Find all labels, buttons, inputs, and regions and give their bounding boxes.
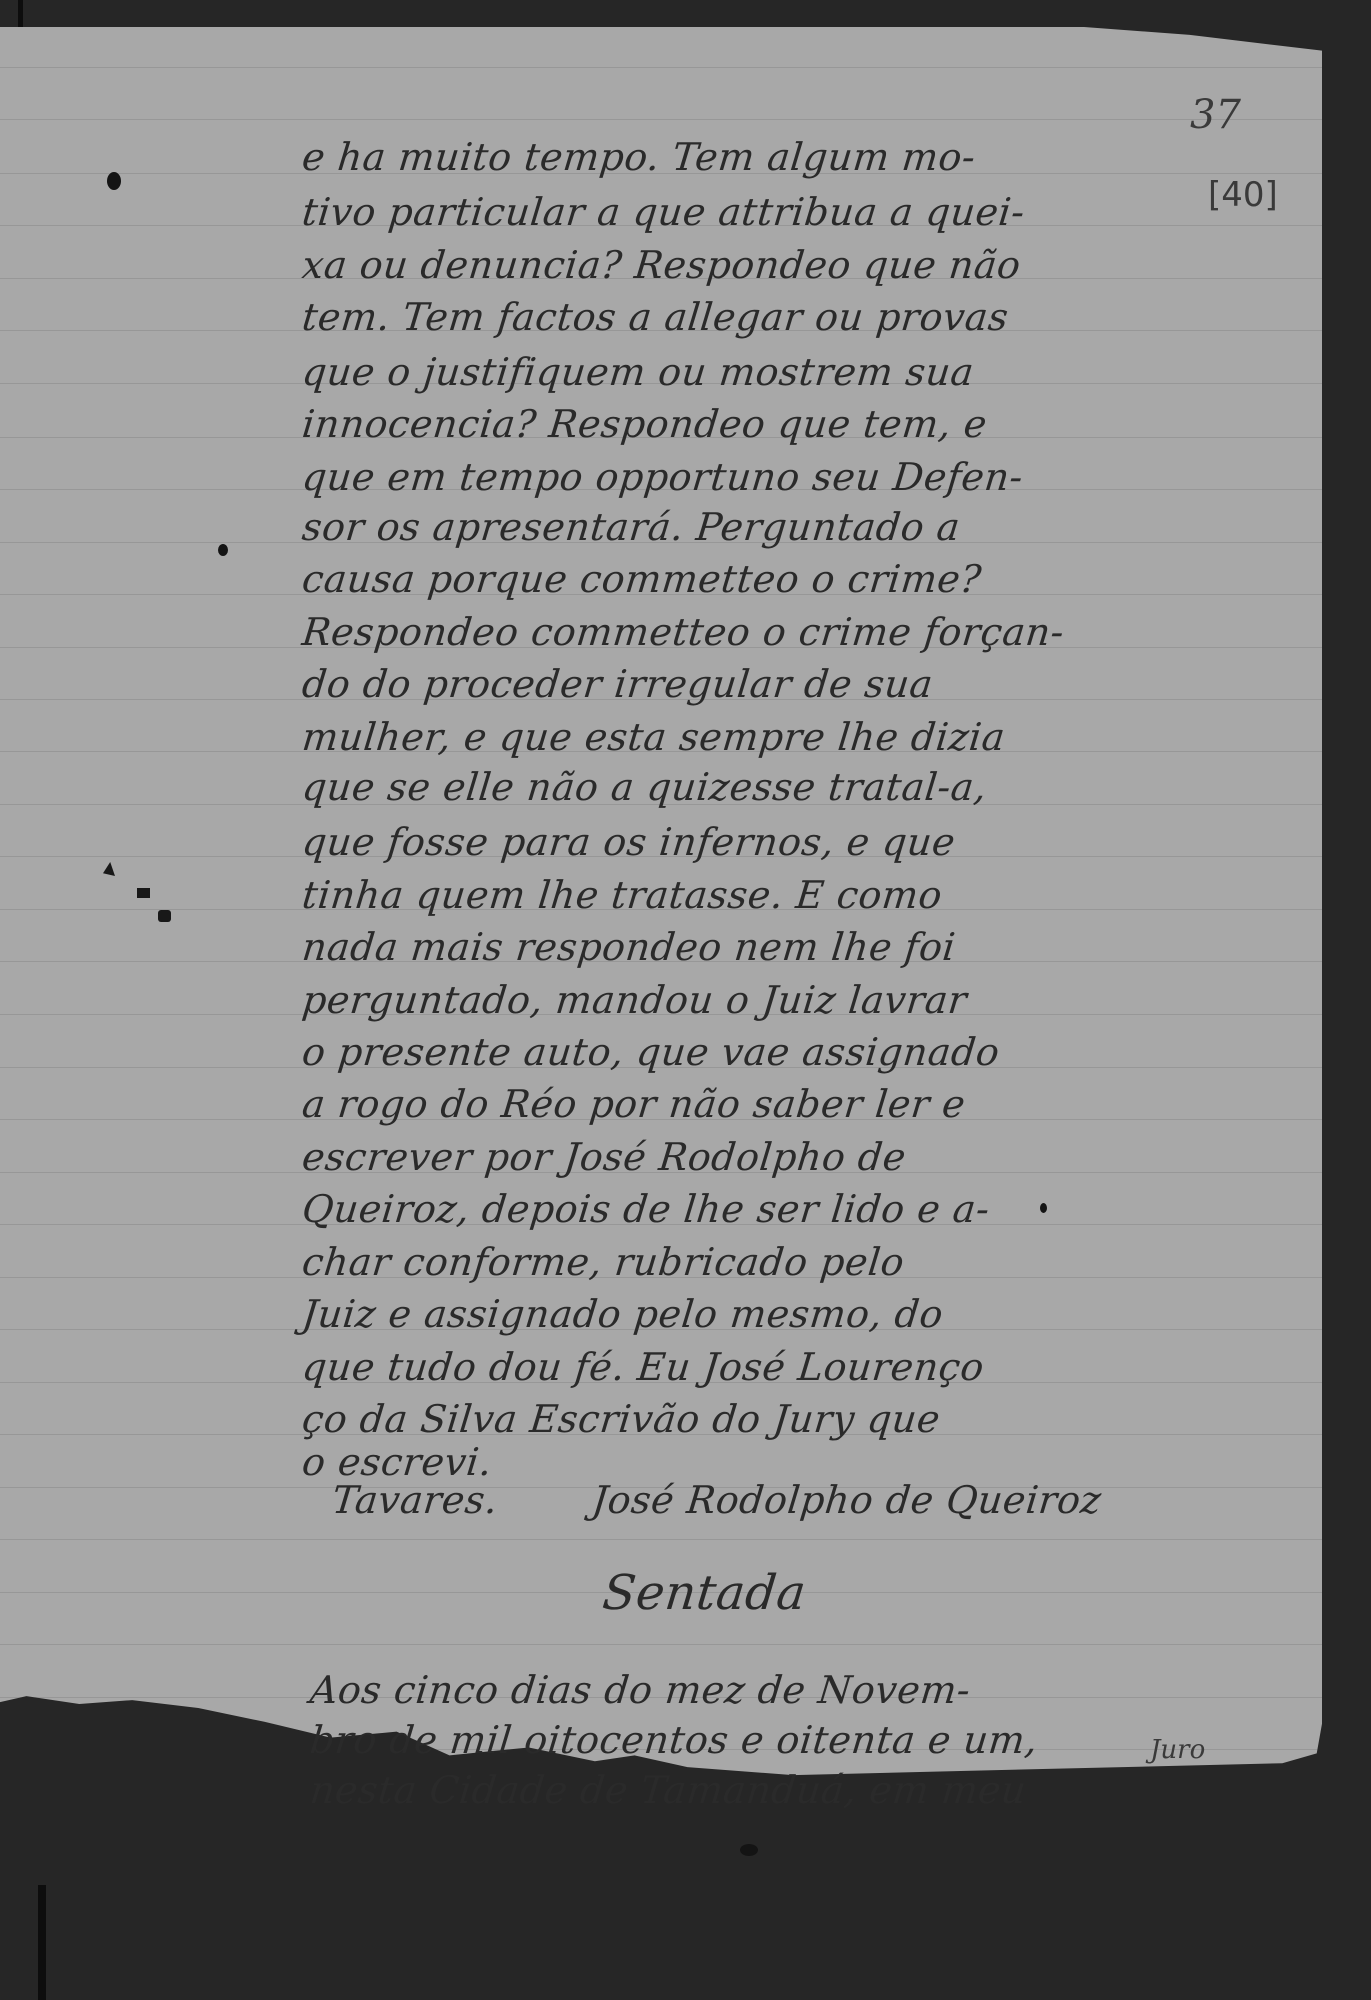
binding-edge-bottom [38, 1885, 46, 2000]
signature-witness: José Rodolpho de Queiroz [590, 1478, 1104, 1522]
text-line: sor os apresentará. Perguntado a [300, 505, 962, 549]
ink-blot [740, 1844, 758, 1856]
text-line: bro de mil oitocentos e oitenta e um, [308, 1718, 1040, 1762]
margin-note: Juro [1150, 1735, 1205, 1765]
folio-number: 37 [1190, 92, 1241, 138]
archive-page-number: [40] [1208, 175, 1278, 215]
text-line: innocencia? Respondeo que tem, e [300, 402, 989, 446]
text-line: que o justifiquem ou mostrem sua [300, 350, 976, 394]
text-line: Respondeo commetteo o crime forçan- [300, 610, 1066, 654]
text-line: Queiroz, depois de lhe ser lido e a- [300, 1187, 992, 1231]
text-line: tivo particular a que attribua a quei- [300, 190, 1027, 234]
text-line: Aos cinco dias do mez de Novem- [308, 1668, 973, 1712]
text-line: mulher, e que esta sempre lhe dizia [300, 715, 1007, 759]
text-line: do do proceder irregular de sua [300, 662, 935, 706]
text-line: o presente auto, que vae assignado [300, 1030, 1002, 1074]
paper-hole [137, 888, 150, 898]
text-line: nesta Cidade de Tamanduá, em meu [308, 1768, 1029, 1812]
ink-blot [107, 172, 121, 190]
text-line: que tudo dou fé. Eu José Lourenço [300, 1345, 986, 1389]
text-line: ço da Silva Escrivão do Jury que [300, 1397, 942, 1441]
text-line: escrever por José Rodolpho de [300, 1135, 908, 1179]
text-line: causa porque commetteo o crime? [300, 557, 984, 601]
signature-judge: Tavares. [330, 1478, 500, 1522]
ink-blot [218, 544, 228, 556]
text-line: que em tempo opportuno seu Defen- [300, 455, 1025, 499]
ink-blot [1040, 1203, 1047, 1213]
text-line: e ha muito tempo. Tem algum mo- [300, 135, 978, 179]
text-line: tem. Tem factos a allegar ou provas [300, 295, 1011, 339]
text-line: tinha quem lhe tratasse. E como [300, 873, 944, 917]
text-line: que se elle não a quizesse tratal-a, [300, 765, 989, 809]
text-line: que fosse para os infernos, e que [300, 820, 958, 864]
section-heading: Sentada [600, 1565, 809, 1621]
text-line: nada mais respondeo nem lhe foi [300, 925, 958, 969]
binding-edge [18, 0, 23, 27]
text-line: char conforme, rubricado pelo [300, 1240, 907, 1284]
text-line: perguntado, mandou o Juiz lavrar [300, 978, 969, 1022]
text-line: a rogo do Réo por não saber ler e [300, 1082, 968, 1126]
text-line: Juiz e assignado pelo mesmo, do [300, 1292, 945, 1336]
paper-hole [158, 910, 171, 922]
text-line: xa ou denuncia? Respondeo que não [300, 243, 1023, 287]
